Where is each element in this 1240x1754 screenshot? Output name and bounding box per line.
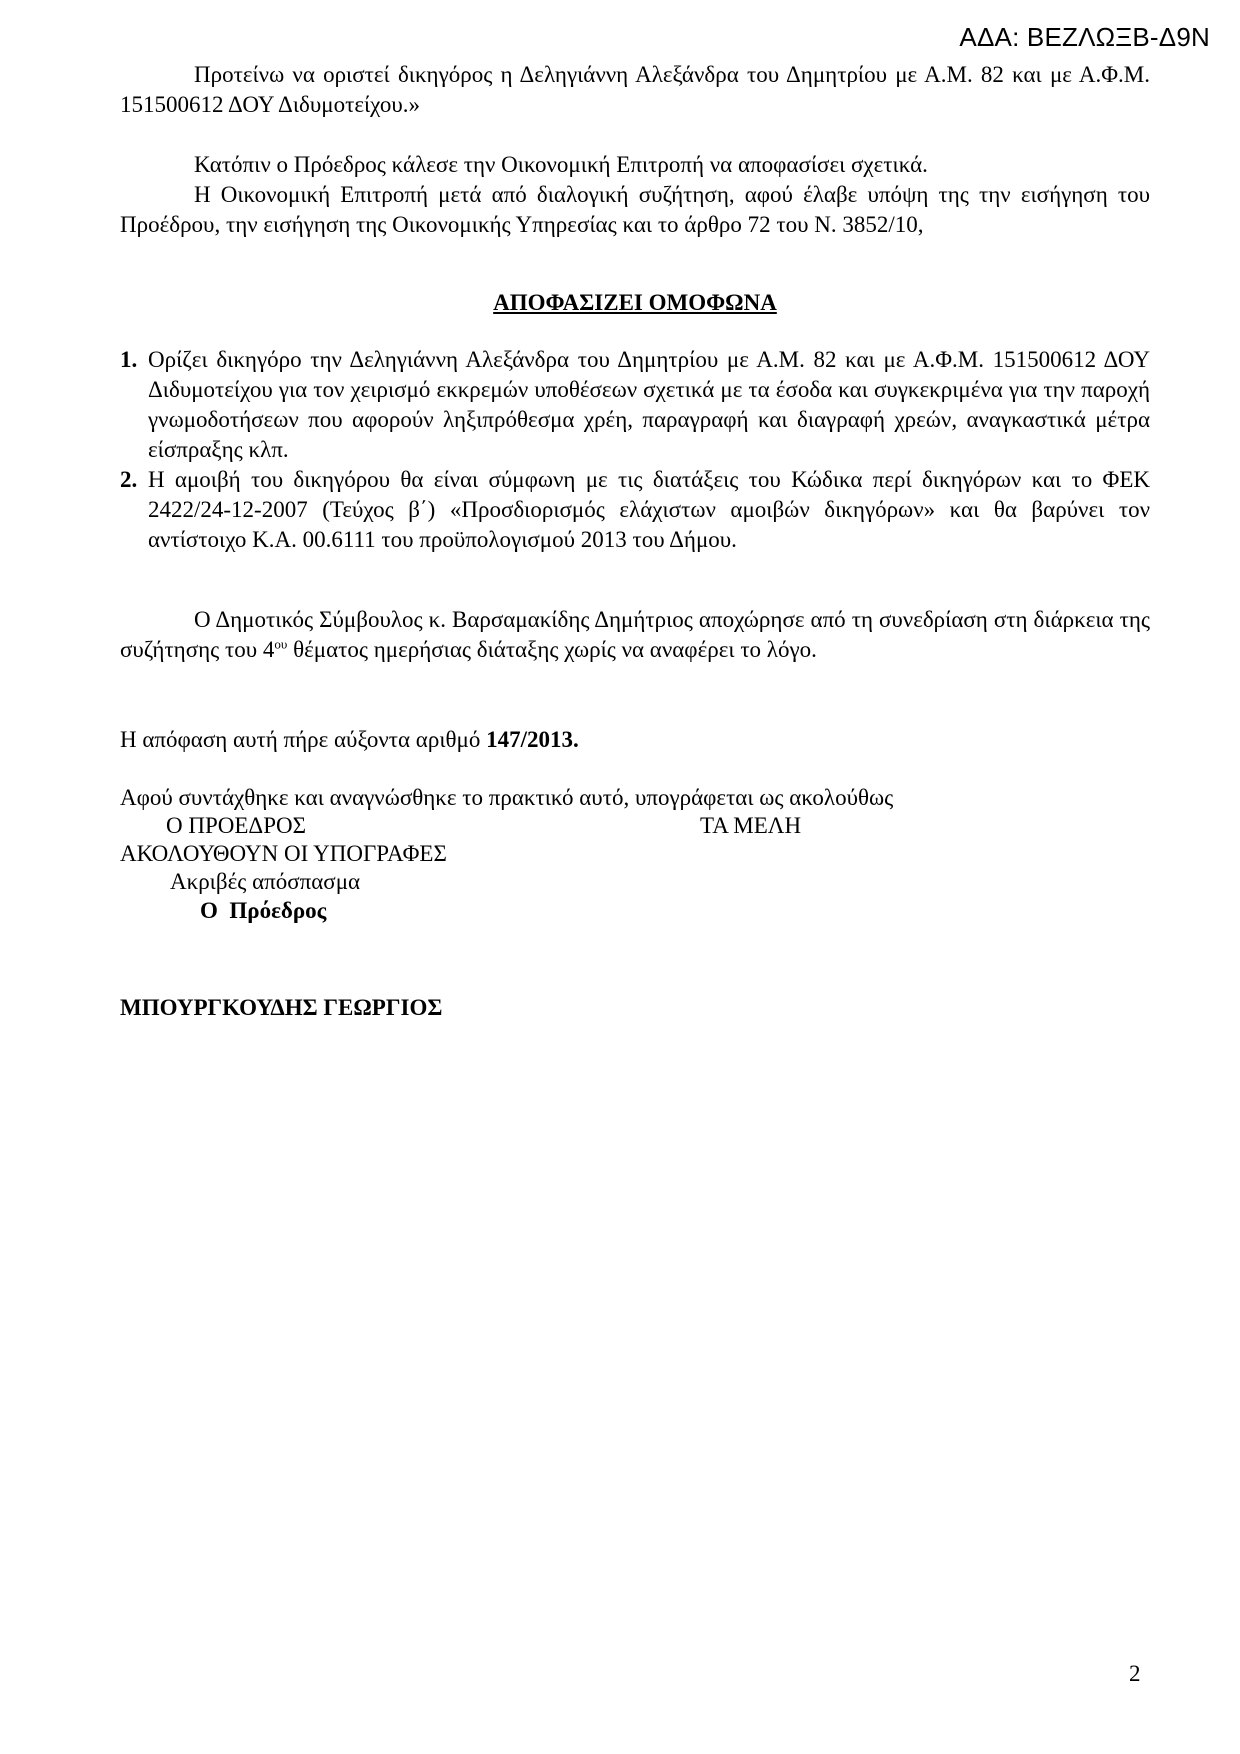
departure-paragraph: Ο Δημοτικός Σύμβουλος κ. Βαρσαμακίδης Δη… xyxy=(120,605,1150,665)
decision-number-paragraph: Η απόφαση αυτή πήρε αύξοντα αριθμό 147/2… xyxy=(120,725,1150,755)
exact-extract-label: Ακριβές απόσπασμα xyxy=(170,869,360,895)
decision-number-value: 147/2013. xyxy=(486,727,579,752)
decision-heading: ΑΠΟΦΑΣΙΖΕΙ ΟΜΟΦΩΝΑ xyxy=(120,290,1150,316)
committee-paragraph: Η Οικονομική Επιτροπή μετά από διαλογική… xyxy=(120,180,1150,240)
ada-code: ΑΔΑ: ΒΕΖΛΩΞΒ-Δ9Ν xyxy=(959,22,1210,53)
members-label: ΤΑ ΜΕΛΗ xyxy=(700,813,801,839)
decision-list: 1. Ορίζει δικηγόρο την Δεληγιάννη Αλεξάν… xyxy=(120,345,1150,555)
decision-item: 1. Ορίζει δικηγόρο την Δεληγιάννη Αλεξάν… xyxy=(120,345,1150,465)
decision-item-number: 1. xyxy=(120,345,137,375)
president-label: Ο ΠΡΟΕΔΡΟΣ xyxy=(166,813,306,839)
departure-superscript: ου xyxy=(274,636,287,651)
president-name: ΜΠΟΥΡΓΚΟΥΔΗΣ ΓΕΩΡΓΙΟΣ xyxy=(120,995,442,1021)
decision-item-text: Η αμοιβή του δικηγόρου θα είναι σύμφωνη … xyxy=(148,467,1150,552)
signatures-intro: Αφού συντάχθηκε και αναγνώσθηκε το πρακτ… xyxy=(120,785,893,811)
decision-item-text: Ορίζει δικηγόρο την Δεληγιάννη Αλεξάνδρα… xyxy=(148,347,1150,462)
proposal-paragraph: Προτείνω να οριστεί δικηγόρος η Δεληγιάν… xyxy=(120,60,1150,120)
president-call-paragraph: Κατόπιν ο Πρόεδρος κάλεσε την Οικονομική… xyxy=(120,150,1150,180)
decision-item-number: 2. xyxy=(120,465,137,495)
departure-text-after: θέματος ημερήσιας διάταξης χωρίς να αναφ… xyxy=(287,637,817,662)
decision-number-text: Η απόφαση αυτή πήρε αύξοντα αριθμό xyxy=(120,727,486,752)
page-number: 2 xyxy=(1129,1661,1141,1687)
decision-item: 2. Η αμοιβή του δικηγόρου θα είναι σύμφω… xyxy=(120,465,1150,555)
president-title: Ο Πρόεδρος xyxy=(200,898,326,924)
signatures-follow: ΑΚΟΛΟΥΘΟΥΝ ΟΙ ΥΠΟΓΡΑΦΕΣ xyxy=(120,841,447,867)
